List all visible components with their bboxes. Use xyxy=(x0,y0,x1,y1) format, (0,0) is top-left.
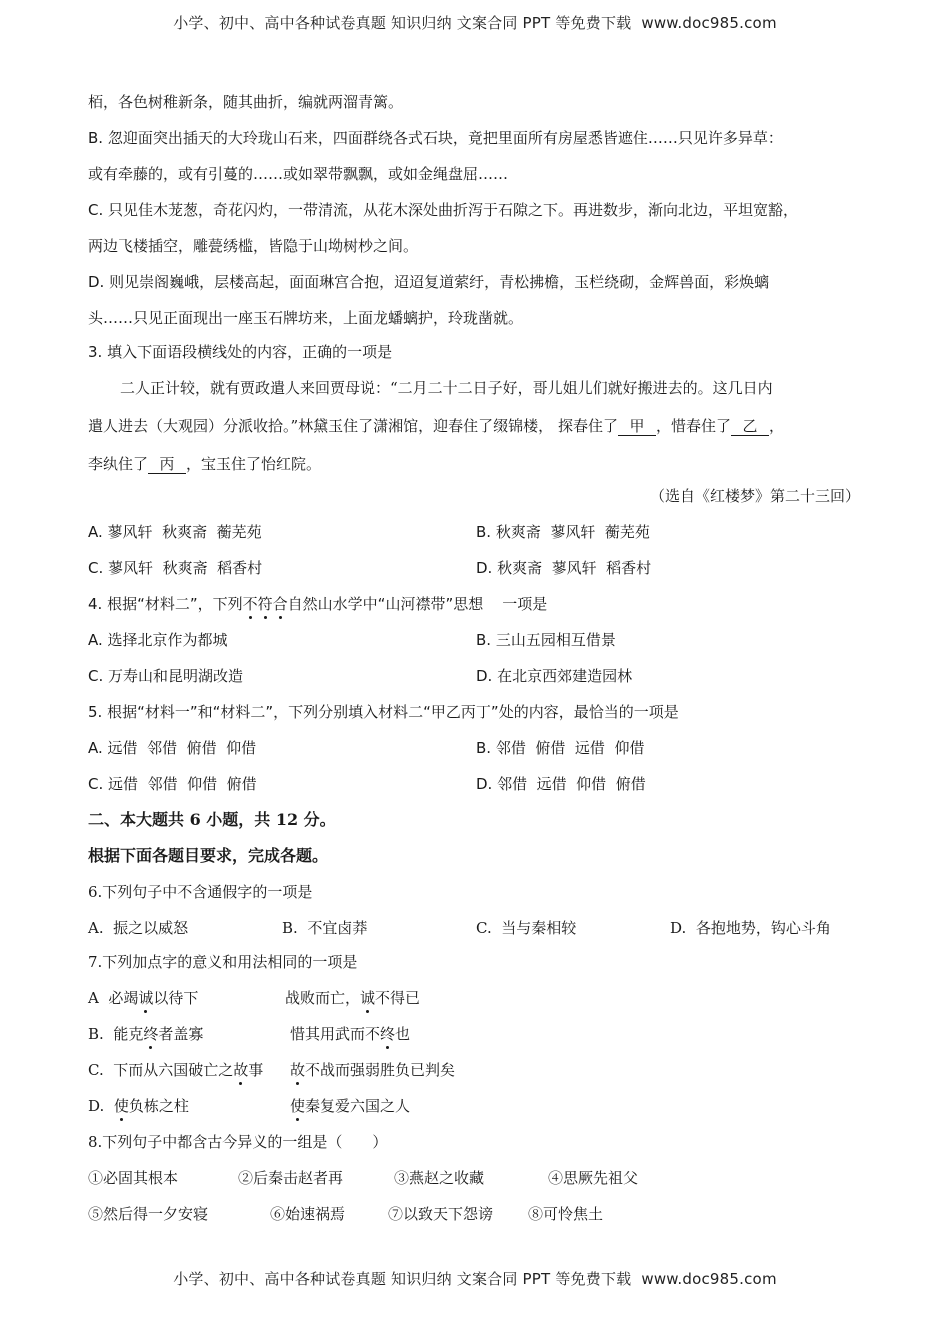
option-label: C. xyxy=(476,919,492,937)
emphasis-char: 使 xyxy=(290,1096,305,1116)
q7-option-d[interactable]: D. 使负栋之柱 xyxy=(88,1096,189,1116)
option-text: 在北京西郊建造园林 xyxy=(497,667,632,685)
header-text: 小学、初中、高中各种试卷真题 知识归纳 文案合同 PPT 等免费下载 xyxy=(173,14,631,32)
option-label: C. xyxy=(88,1061,104,1079)
option-text: 万寿山和昆明湖改造 xyxy=(108,667,243,685)
q8-stem: 8.下列句子中都含古今异义的一组是（ ） xyxy=(88,1132,387,1152)
option-label: B. xyxy=(88,1025,104,1043)
option-label: D. xyxy=(670,919,686,937)
q7-option-d-sentence2: 使秦复爱六国之人 xyxy=(290,1096,410,1116)
option-text: 远借 邻借 俯借 仰借 xyxy=(108,739,257,757)
q3-passage-line1: 二人正计较，就有贾政遣人来回贾母说：“二月二十二日子好，哥儿姐儿们就好搬进去的。… xyxy=(88,378,773,398)
sentence-text: 不得已 xyxy=(375,989,420,1007)
passage-text: 李纨住了 xyxy=(88,455,148,473)
sentence-text: 不战而强弱胜负已判矣 xyxy=(305,1061,455,1079)
option-label: C. xyxy=(88,201,103,219)
q2-option-a-tail: 栢，各色树稚新条，随其曲折，编就两溜青篱。 xyxy=(88,92,403,112)
q7-option-b[interactable]: B. 能克终者盖寡 xyxy=(88,1024,203,1044)
q6-option-b[interactable]: B. 不宜卤莽 xyxy=(282,918,367,938)
q3-source: （选自《红楼梦》第二十三回） xyxy=(650,486,860,506)
q8-item-8: ⑧可怜焦土 xyxy=(528,1204,603,1224)
option-label: A. xyxy=(88,739,103,757)
q7-stem: 7.下列加点字的意义和用法相同的一项是 xyxy=(88,952,357,972)
option-label: B. xyxy=(476,739,491,757)
q8-item-7: ⑦以致天下怨谤 xyxy=(388,1204,493,1224)
q5-option-b[interactable]: B. 邻借 俯借 远借 仰借 xyxy=(476,738,644,758)
page-footer: 小学、初中、高中各种试卷真题 知识归纳 文案合同 PPT 等免费下载www.do… xyxy=(0,1268,950,1289)
q6-option-c[interactable]: C. 当与秦相较 xyxy=(476,918,576,938)
option-text: 邻借 远借 仰借 俯借 xyxy=(497,775,646,793)
q7-option-c-sentence2: 故不战而强弱胜负已判矣 xyxy=(290,1060,455,1080)
sentence-text: 惜其用武而不 xyxy=(290,1025,380,1043)
header-url[interactable]: www.doc985.com xyxy=(641,14,776,32)
sentence-text: 也 xyxy=(395,1025,410,1043)
option-label: B. xyxy=(476,631,491,649)
q3-option-b[interactable]: B. 秋爽斋 蓼风轩 蘅芜苑 xyxy=(476,522,650,542)
q6-option-a[interactable]: A. 振之以威怒 xyxy=(88,918,188,938)
q7-option-a[interactable]: A 必竭诚以待下 xyxy=(88,988,198,1008)
passage-text: ，宝玉住了怡红院。 xyxy=(186,455,321,473)
option-text: 蓼风轩 秋爽斋 稻香村 xyxy=(108,559,262,577)
q4-option-c[interactable]: C. 万寿山和昆明湖改造 xyxy=(88,666,243,686)
sentence-text: 以待下 xyxy=(153,989,198,1007)
q4-option-d[interactable]: D. 在北京西郊建造园林 xyxy=(476,666,632,686)
blank-yi: 乙 xyxy=(731,417,769,436)
q5-stem: 5. 根据“材料一”和“材料二”，下列分别填入材料二“甲乙丙丁”处的内容，最恰当… xyxy=(88,702,679,722)
q8-item-1: ①必固其根本 xyxy=(88,1168,178,1188)
option-text: 邻借 俯借 远借 仰借 xyxy=(496,739,645,757)
q3-passage-line3: 李纨住了丙，宝玉住了怡红院。 xyxy=(88,454,321,474)
option-label: D. xyxy=(476,775,492,793)
option-label: D. xyxy=(476,667,492,685)
emphasis-char: 故 xyxy=(290,1060,305,1080)
sentence-text: 战败而亡， xyxy=(285,989,360,1007)
emphasis-char: 使 xyxy=(114,1096,129,1116)
q2-option-c: C. 只见佳木茏葱，奇花闪灼，一带清流，从花木深处曲折泻于石隙之下。再进数步，渐… xyxy=(88,200,798,220)
q2-option-d-line2: 头……只见正面现出一座玉石牌坊来，上面龙蟠螭护，玲珑凿就。 xyxy=(88,308,523,328)
section2-title: 二、本大题共 6 小题，共 12 分。 xyxy=(88,810,336,830)
emphasis-char: 故 xyxy=(233,1060,248,1080)
q3-passage-line2: 遣人进去（大观园）分派收拾。”林黛玉住了潇湘馆，迎春住了缀锦楼， 探春住了甲，惜… xyxy=(88,416,784,436)
q8-item-6: ⑥始速祸焉 xyxy=(270,1204,345,1224)
passage-text: 遣人进去（大观园）分派收拾。”林黛玉住了潇湘馆，迎春住了缀锦楼， 探春住了 xyxy=(88,417,618,435)
emphasis-char: 终 xyxy=(143,1024,158,1044)
q2-option-b: B. 忽迎面突出插天的大玲珑山石来，四面群绕各式石块，竟把里面所有房屋悉皆遮住…… xyxy=(88,128,783,148)
emphasis-char: 诚 xyxy=(360,988,375,1008)
q8-item-2: ②后秦击赵者再 xyxy=(238,1168,343,1188)
q4-option-a[interactable]: A. 选择北京作为都城 xyxy=(88,630,228,650)
emphasis-char: 合 xyxy=(273,594,288,614)
stem-text: 自然山水学中“山河襟带”思想 一项是 xyxy=(288,595,548,613)
option-text: 振之以威怒 xyxy=(113,919,188,937)
q3-option-a[interactable]: A. 蓼风轩 秋爽斋 蘅芜苑 xyxy=(88,522,262,542)
q3-stem: 3. 填入下面语段横线处的内容，正确的一项是 xyxy=(88,342,392,362)
passage-text: ， xyxy=(769,417,784,435)
option-label: B. xyxy=(282,919,298,937)
option-text: 选择北京作为都城 xyxy=(108,631,228,649)
option-label: D. xyxy=(476,559,492,577)
q3-option-d[interactable]: D. 秋爽斋 蓼风轩 稻香村 xyxy=(476,558,651,578)
sentence-text: 必竭 xyxy=(108,989,138,1007)
footer-text: 小学、初中、高中各种试卷真题 知识归纳 文案合同 PPT 等免费下载 xyxy=(173,1270,631,1288)
emphasis-char: 不 xyxy=(243,594,258,614)
option-text: 远借 邻借 仰借 俯借 xyxy=(108,775,257,793)
sentence-text: 负栋之柱 xyxy=(129,1097,189,1115)
q8-item-3: ③燕赵之收藏 xyxy=(394,1168,484,1188)
sentence-text: 能克 xyxy=(113,1025,143,1043)
q2-option-b-line2: 或有牵藤的，或有引蔓的……或如翠带飘飘，或如金绳盘屈…… xyxy=(88,164,508,184)
option-label: C. xyxy=(88,775,103,793)
q2-option-c-line2: 两边飞楼插空，雕甍绣槛，皆隐于山坳树杪之间。 xyxy=(88,236,418,256)
q5-option-c[interactable]: C. 远借 邻借 仰借 俯借 xyxy=(88,774,257,794)
sentence-text: 秦复爱六国之人 xyxy=(305,1097,410,1115)
sentence-text: 者盖寡 xyxy=(158,1025,203,1043)
q6-option-d[interactable]: D. 各抱地势，钩心斗角 xyxy=(670,918,831,938)
option-text: 则见崇阁巍峨，层楼高起，面面琳宫合抱，迢迢复道萦纡，青松拂檐，玉栏绕砌，金辉兽面… xyxy=(109,273,769,291)
option-text: 三山五园相互借景 xyxy=(496,631,616,649)
emphasis-char: 终 xyxy=(380,1024,395,1044)
footer-url[interactable]: www.doc985.com xyxy=(641,1270,776,1288)
option-label: B. xyxy=(88,129,103,147)
q5-option-a[interactable]: A. 远借 邻借 俯借 仰借 xyxy=(88,738,256,758)
q7-option-c[interactable]: C. 下而从六国破亡之故事 xyxy=(88,1060,263,1080)
q7-option-a-sentence2: 战败而亡，诚不得已 xyxy=(285,988,420,1008)
emphasis-char: 诚 xyxy=(138,988,153,1008)
option-text: 秋爽斋 蓼风轩 蘅芜苑 xyxy=(496,523,650,541)
option-label: A. xyxy=(88,919,104,937)
option-text: 秋爽斋 蓼风轩 稻香村 xyxy=(497,559,651,577)
option-label: C. xyxy=(88,559,103,577)
option-text: 各抱地势，钩心斗角 xyxy=(696,919,831,937)
option-label: C. xyxy=(88,667,103,685)
q8-item-4: ④思厥先祖父 xyxy=(548,1168,638,1188)
passage-text: ，惜春住了 xyxy=(656,417,731,435)
sentence-text: 事 xyxy=(248,1061,263,1079)
option-text: 忽迎面突出插天的大玲珑山石来，四面群绕各式石块，竟把里面所有房屋悉皆遮住……只见… xyxy=(108,129,783,147)
option-label: D. xyxy=(88,1097,104,1115)
q4-stem: 4. 根据“材料二”，下列不符合自然山水学中“山河襟带”思想 一项是 xyxy=(88,594,547,614)
option-text: 蓼风轩 秋爽斋 蘅芜苑 xyxy=(108,523,262,541)
option-label: D. xyxy=(88,273,104,291)
q8-item-5: ⑤然后得一夕安寝 xyxy=(88,1204,208,1224)
option-text: 当与秦相较 xyxy=(501,919,576,937)
section2-instruction: 根据下面各题目要求，完成各题。 xyxy=(88,846,328,866)
option-label: A xyxy=(88,989,99,1007)
page-header: 小学、初中、高中各种试卷真题 知识归纳 文案合同 PPT 等免费下载www.do… xyxy=(0,12,950,33)
option-label: B. xyxy=(476,523,491,541)
sentence-text: 下而从六国破亡之 xyxy=(113,1061,233,1079)
option-label: A. xyxy=(88,523,103,541)
q6-stem: 6.下列句子中不含通假字的一项是 xyxy=(88,882,312,902)
option-text: 不宜卤莽 xyxy=(307,919,367,937)
q4-option-b[interactable]: B. 三山五园相互借景 xyxy=(476,630,616,650)
blank-bing: 丙 xyxy=(148,455,186,474)
emphasis-char: 符 xyxy=(258,594,273,614)
q3-option-c[interactable]: C. 蓼风轩 秋爽斋 稻香村 xyxy=(88,558,262,578)
option-label: A. xyxy=(88,631,103,649)
stem-text: 4. 根据“材料二”，下列 xyxy=(88,595,243,613)
blank-jia: 甲 xyxy=(618,417,656,436)
q2-option-d: D. 则见崇阁巍峨，层楼高起，面面琳宫合抱，迢迢复道萦纡，青松拂檐，玉栏绕砌，金… xyxy=(88,272,769,292)
option-text: 只见佳木茏葱，奇花闪灼，一带清流，从花木深处曲折泻于石隙之下。再进数步，渐向北边… xyxy=(108,201,798,219)
q7-option-b-sentence2: 惜其用武而不终也 xyxy=(290,1024,410,1044)
q5-option-d[interactable]: D. 邻借 远借 仰借 俯借 xyxy=(476,774,646,794)
